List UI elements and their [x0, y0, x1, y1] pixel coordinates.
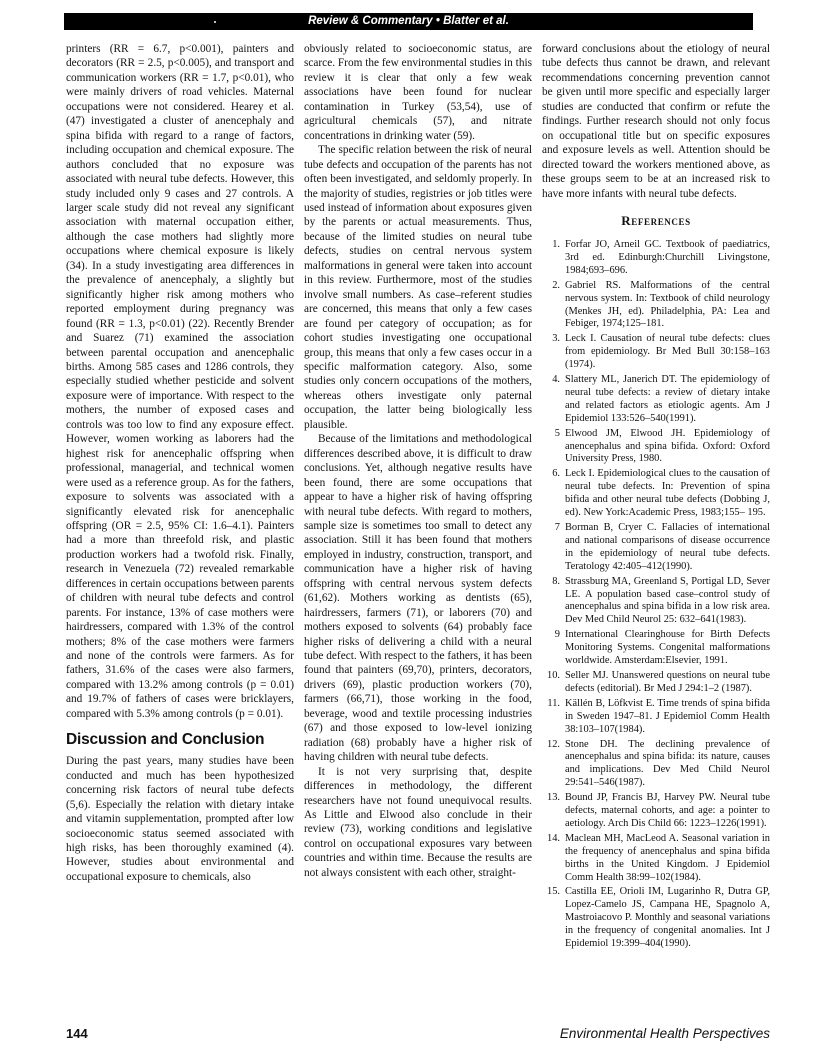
reference-number: 11. [542, 698, 565, 737]
reference-number: 5 [542, 428, 565, 467]
column-middle: obviously related to socioeconomic statu… [304, 42, 532, 953]
reference-item: 15.Castilla EE, Orioli IM, Lugarinho R, … [542, 886, 770, 951]
body-paragraph: printers (RR = 6.7, p<0.001), painters a… [66, 42, 294, 721]
reference-item: 3.Leck I. Causation of neural tube defec… [542, 333, 770, 372]
reference-text: Strassburg MA, Greenland S, Portigal LD,… [565, 576, 770, 628]
reference-text: Seller MJ. Unanswered questions on neura… [565, 670, 770, 696]
reference-text: Elwood JM, Elwood JH. Epidemiology of an… [565, 428, 770, 467]
body-paragraph: During the past years, many studies have… [66, 754, 294, 884]
reference-text: Borman B, Cryer C. Fallacies of internat… [565, 522, 770, 574]
reference-item: 4.Slattery ML, Janerich DT. The epidemio… [542, 374, 770, 426]
stray-dot [214, 21, 216, 23]
reference-item: 10.Seller MJ. Unanswered questions on ne… [542, 670, 770, 696]
references-list: 1.Forfar JO, Arneil GC. Textbook of paed… [542, 239, 770, 951]
reference-text: Forfar JO, Arneil GC. Textbook of paedia… [565, 239, 770, 278]
reference-number: 15. [542, 886, 565, 951]
reference-text: Leck I. Causation of neural tube defects… [565, 333, 770, 372]
reference-text: Gabriel RS. Malformations of the central… [565, 280, 770, 332]
column-left: printers (RR = 6.7, p<0.001), painters a… [66, 42, 294, 953]
page-footer: 144 Environmental Health Perspectives [66, 1026, 770, 1041]
reference-item: 6.Leck I. Epidemiological clues to the c… [542, 468, 770, 520]
reference-item: 1.Forfar JO, Arneil GC. Textbook of paed… [542, 239, 770, 278]
reference-text: Leck I. Epidemiological clues to the cau… [565, 468, 770, 520]
running-head: Review & Commentary • Blatter et al. [64, 13, 753, 30]
journal-name: Environmental Health Perspectives [560, 1026, 770, 1041]
reference-item: 14.Maclean MH, MacLeod A. Seasonal varia… [542, 833, 770, 885]
reference-text: Maclean MH, MacLeod A. Seasonal variatio… [565, 833, 770, 885]
page-number: 144 [66, 1026, 88, 1041]
reference-item: 11.Källén B, Löfkvist E. Time trends of … [542, 698, 770, 737]
journal-page: Review & Commentary • Blatter et al. pri… [0, 0, 816, 1060]
references-heading: References [542, 213, 770, 229]
section-heading-discussion: Discussion and Conclusion [66, 731, 294, 749]
reference-item: 9International Clearinghouse for Birth D… [542, 629, 770, 668]
running-head-title: Review & Commentary • Blatter et al. [308, 15, 509, 27]
reference-text: Slattery ML, Janerich DT. The epidemiolo… [565, 374, 770, 426]
reference-number: 10. [542, 670, 565, 696]
reference-text: International Clearinghouse for Birth De… [565, 629, 770, 668]
reference-number: 2. [542, 280, 565, 332]
reference-number: 14. [542, 833, 565, 885]
reference-item: 2.Gabriel RS. Malformations of the centr… [542, 280, 770, 332]
reference-text: Stone DH. The declining prevalence of an… [565, 739, 770, 791]
reference-number: 12. [542, 739, 565, 791]
reference-item: 13.Bound JP, Francis BJ, Harvey PW. Neur… [542, 792, 770, 831]
reference-number: 9 [542, 629, 565, 668]
reference-number: 13. [542, 792, 565, 831]
body-paragraph: obviously related to socioeconomic statu… [304, 42, 532, 143]
reference-number: 6. [542, 468, 565, 520]
text-columns: printers (RR = 6.7, p<0.001), painters a… [66, 42, 770, 953]
reference-item: 5Elwood JM, Elwood JH. Epidemiology of a… [542, 428, 770, 467]
reference-text: Källén B, Löfkvist E. Time trends of spi… [565, 698, 770, 737]
body-paragraph: forward conclusions about the etiology o… [542, 42, 770, 201]
reference-number: 3. [542, 333, 565, 372]
reference-text: Bound JP, Francis BJ, Harvey PW. Neural … [565, 792, 770, 831]
body-paragraph: Because of the limitations and methodolo… [304, 432, 532, 764]
reference-item: 8.Strassburg MA, Greenland S, Portigal L… [542, 576, 770, 628]
reference-number: 1. [542, 239, 565, 278]
body-paragraph: The specific relation between the risk o… [304, 143, 532, 432]
reference-item: 12.Stone DH. The declining prevalence of… [542, 739, 770, 791]
reference-number: 7 [542, 522, 565, 574]
body-paragraph: It is not very surprising that, despite … [304, 765, 532, 881]
reference-item: 7Borman B, Cryer C. Fallacies of interna… [542, 522, 770, 574]
column-right: forward conclusions about the etiology o… [542, 42, 770, 953]
reference-number: 4. [542, 374, 565, 426]
reference-number: 8. [542, 576, 565, 628]
reference-text: Castilla EE, Orioli IM, Lugarinho R, Dut… [565, 886, 770, 951]
